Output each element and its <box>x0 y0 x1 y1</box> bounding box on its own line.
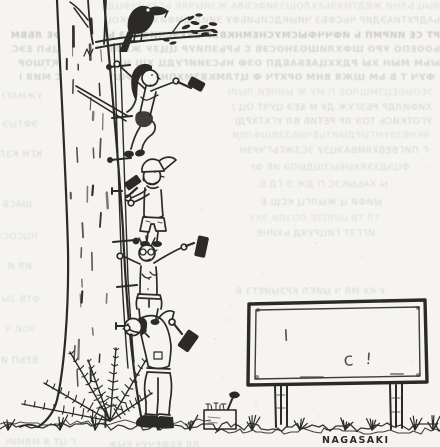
scanned-cartoon-page: ЯЫЦ ЬЛНИ ЖВДТМХЭЬРХЛОШЗЭЙФСБВА ЖЗЙЫЯЯК Ь… <box>0 0 440 447</box>
woman-glasses-jeans <box>136 294 161 309</box>
woman-climber-top <box>114 61 206 157</box>
mallet-handle <box>186 243 194 246</box>
billboard-mark-c: c <box>343 349 355 371</box>
man-base-pocket <box>154 352 162 359</box>
woman-glasses-chest <box>142 272 157 278</box>
man-cap-shorts <box>140 217 166 232</box>
woman-top-hair-strand <box>127 99 136 112</box>
billboard-panel <box>248 300 427 385</box>
woman-climber-glasses <box>117 235 209 325</box>
woman-glasses-shoe-2 <box>151 319 160 325</box>
billboard-mark-exclaim: ! <box>365 349 373 368</box>
man-cap-tank-top <box>144 186 163 219</box>
woman-glasses-torso <box>140 266 157 294</box>
billboard-inner-border <box>255 307 420 379</box>
artist-signature: NAGASAKI <box>322 435 390 446</box>
leaning-hammer-handle <box>228 397 233 409</box>
mallet-head-icon <box>194 235 209 258</box>
woman-top-left-fist <box>114 61 120 67</box>
woman-top-left-leg <box>131 127 140 149</box>
woman-top-boot-2 <box>124 151 134 158</box>
hammer-4-handle <box>174 324 182 334</box>
man-base-forward-fist <box>124 325 130 331</box>
hammer-1-head-icon <box>187 76 206 92</box>
crow-eye <box>146 8 149 11</box>
billboard-smudges <box>255 306 420 379</box>
man-cap-fist-2 <box>128 200 134 206</box>
man-cap-legs <box>147 232 158 241</box>
billboard-mark-left: I <box>283 326 289 345</box>
woman-top-shorts <box>135 111 153 127</box>
man-base-belt <box>147 368 170 373</box>
blank-billboard: I c ! <box>248 300 427 429</box>
hammer-2-head-icon <box>124 174 142 191</box>
man-base-jacket <box>141 331 171 369</box>
nails-icon <box>206 403 226 410</box>
woman-glasses-left-fist <box>117 253 123 259</box>
crow-beak <box>150 7 168 16</box>
man-base-cuffs <box>145 400 170 415</box>
tree-trunk-fill <box>36 0 152 428</box>
woman-top-boot <box>134 148 145 157</box>
billboard-posts <box>275 384 402 429</box>
cartoon-illustration: I c ! NAGASAKI <box>0 0 440 447</box>
crow <box>119 6 168 52</box>
crow-body <box>128 6 155 34</box>
woman-glasses-right-arm <box>154 248 181 263</box>
leaning-hammer-head-icon <box>229 391 240 398</box>
man-base-jeans <box>145 373 172 402</box>
